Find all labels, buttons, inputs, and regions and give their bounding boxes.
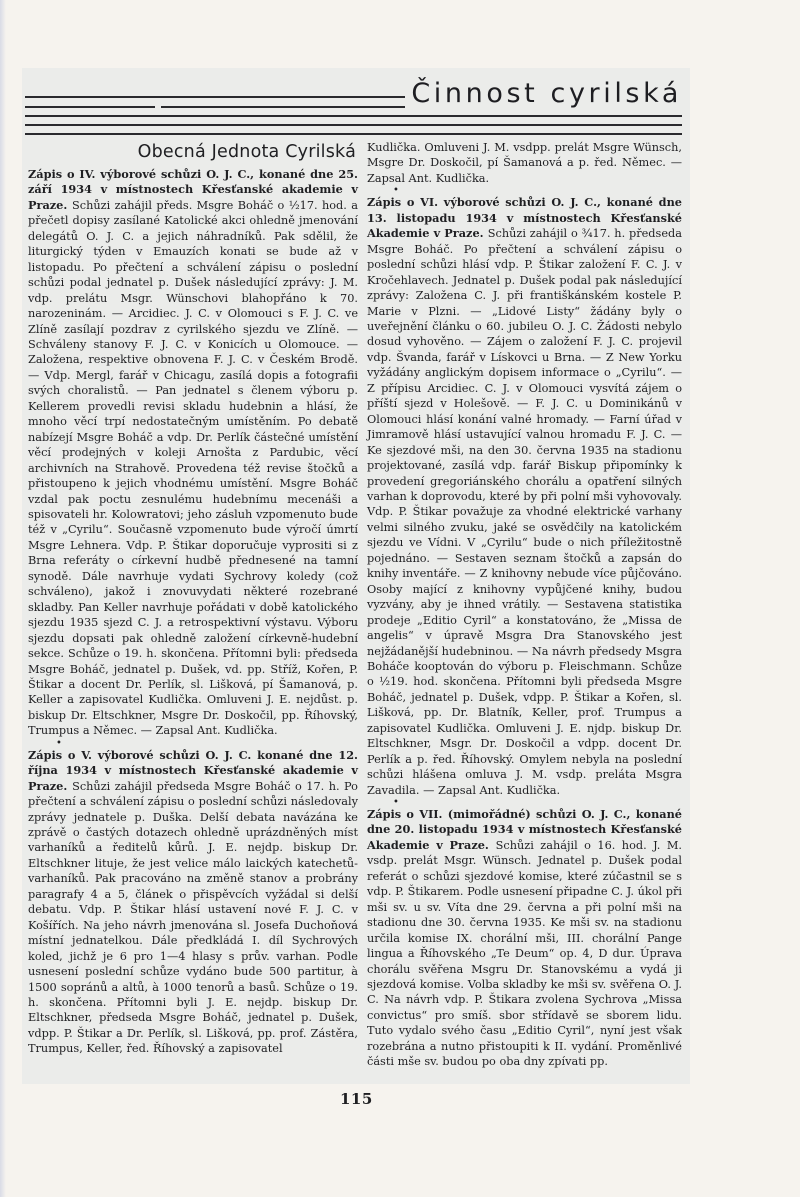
entry-body: Schůzi zahájil o ¾17. h. předseda Msgre … — [367, 227, 682, 796]
entry-body: Schůzi zahájil předs. Msgre Boháč o ½17.… — [28, 199, 358, 737]
bullet-separator: • — [367, 798, 682, 807]
rule-line — [161, 106, 405, 108]
right-column: Kudlička. Omluveni J. M. vsdpp. prelát M… — [367, 140, 682, 1070]
minutes-entry-vii: Zápis o VII. (mimořádné) schůzi O. J. C.… — [367, 807, 682, 1070]
minutes-entry-v: Zápis o V. výborové schůzi O. J. C. kona… — [28, 748, 358, 1057]
rule-line — [25, 115, 682, 117]
page-number: 115 — [340, 1090, 373, 1108]
rule-line — [25, 133, 682, 135]
bullet-separator: • — [28, 739, 358, 748]
rule-line — [25, 96, 405, 98]
minutes-entry-iv: Zápis o IV. výborové schůzi O. J. C., ko… — [28, 167, 358, 739]
minutes-entry-vi: Zápis o VI. výborové schůzi O. J. C., ko… — [367, 195, 682, 798]
continued-text: Kudlička. Omluveni J. M. vsdpp. prelát M… — [367, 140, 682, 186]
entry-body: Schůzi zahájil o 16. hod. J. M. vsdp. pr… — [367, 839, 682, 1068]
organization-title: Obecná Jednota Cyrilská — [28, 140, 356, 164]
left-column: Obecná Jednota Cyrilská Zápis o IV. výbo… — [28, 140, 358, 1057]
scan-edge-shadow — [0, 0, 6, 1197]
rule-line — [25, 106, 155, 108]
entry-body: Schůzi zahájil předseda Msgre Boháč o 17… — [28, 780, 358, 1056]
rule-line — [25, 124, 682, 126]
section-title: Činnost cyrilská — [409, 78, 682, 110]
bullet-separator: • — [367, 186, 682, 195]
